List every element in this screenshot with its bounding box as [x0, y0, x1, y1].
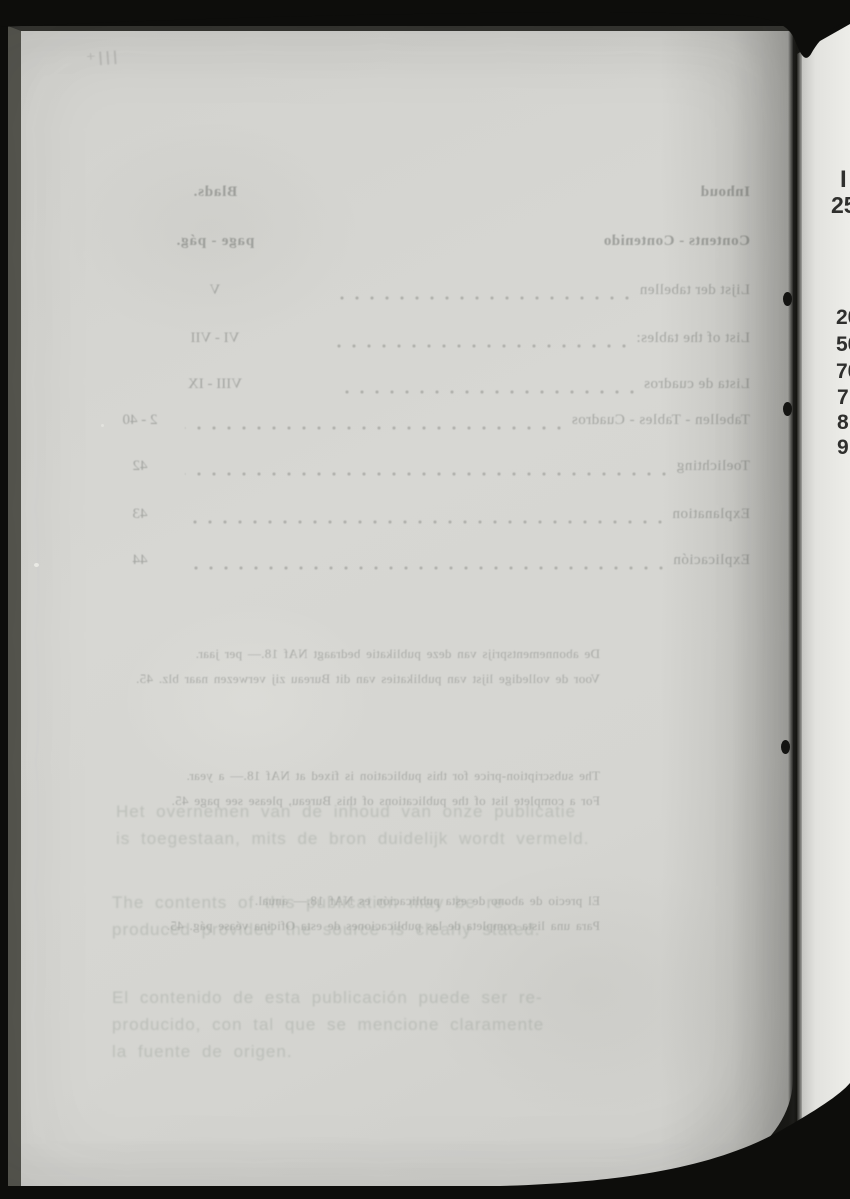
toc-dot-leader — [185, 417, 561, 432]
toc-dot-leader — [185, 463, 666, 478]
stitch-notch — [781, 740, 790, 754]
toc-row: Contents - Contenido page - pág. — [105, 233, 750, 253]
ghost-paragraph-english: The contents of this publication may be … — [112, 889, 541, 943]
toc-dot-leader — [185, 511, 662, 526]
ghost-line: produced provided the source is clearly … — [112, 916, 541, 943]
binding-shadow — [660, 26, 793, 1176]
next-page-number: 9 — [837, 436, 849, 460]
toc-page-ref: 44 — [105, 552, 175, 569]
ghost-line: The contents of this publication may be … — [112, 889, 541, 916]
ghost-line: producido, con tal que se mencione clara… — [112, 1011, 544, 1038]
scanner-light-streak — [104, 0, 138, 13]
next-page-number: I — [840, 166, 847, 194]
showthrough-paragraph-dutch: De abonnementsprijs van deze publikatie … — [170, 641, 600, 691]
ghost-line: is toegestaan, mits de bron duidelijk wo… — [116, 825, 589, 852]
toc-dot-leader — [335, 287, 629, 302]
next-page-number: 8 — [837, 411, 849, 435]
toc-page-ref: VI - VII — [105, 330, 325, 347]
stitch-notch — [783, 402, 792, 416]
ghost-line: El contenido de esta publicación puede s… — [112, 984, 544, 1011]
toc-page-ref: 2 - 40 — [105, 412, 175, 429]
toc-row: Tabellen - Tables - Cuadros 2 - 40 — [105, 412, 750, 432]
scanner-light-streak — [165, 0, 187, 9]
toc-dot-leader — [335, 381, 634, 396]
showthrough-toc: Inhoud Blads. Contents - Contenido page … — [105, 180, 750, 580]
toc-dot-leader — [335, 335, 626, 350]
toc-row: Explicación 44 — [105, 552, 750, 572]
toc-page-ref: Blads. — [105, 184, 325, 201]
toc-page-ref: 43 — [105, 506, 175, 523]
pencil-mark: ⁺III — [85, 47, 120, 72]
toc-row: Inhoud Blads. — [105, 184, 750, 204]
ghost-line: Het overnemen van de inhoud van onze pub… — [116, 798, 589, 825]
paragraph-line: Voor de volledige lijst van publikaties … — [170, 666, 600, 691]
stitch-notch — [783, 292, 792, 306]
scanner-light-streak — [292, 2, 300, 8]
next-page-number: 50 — [836, 333, 850, 357]
toc-row: Toelichting 42 — [105, 458, 750, 478]
toc-row: Lijst der tabellen V — [105, 282, 750, 302]
paragraph-line: De abonnementsprijs van deze publikatie … — [170, 641, 600, 666]
toc-page-ref: 42 — [105, 458, 175, 475]
ghost-paragraph-spanish: El contenido de esta publicación puede s… — [112, 984, 544, 1065]
ghost-paragraph-dutch: Het overnemen van de inhoud van onze pub… — [116, 798, 589, 852]
next-page-number: 70 — [836, 360, 850, 384]
paragraph-line: The subscription-price for this publicat… — [150, 763, 600, 788]
toc-row: Lista de cuadros VIII - IX — [105, 376, 750, 396]
toc-dot-leader — [185, 557, 663, 572]
next-page-number: 7 — [837, 386, 849, 410]
toc-page-ref: page - pág. — [105, 233, 325, 250]
toc-row: Explanation 43 — [105, 506, 750, 526]
page-gutter-line — [788, 18, 802, 1148]
scanner-light-streak — [350, 4, 356, 8]
scanned-book-spread: ⁺III Inhoud Blads. Contents - Contenido … — [0, 0, 850, 1199]
toc-page-ref: VIII - IX — [105, 376, 325, 393]
next-page-number: 25 — [831, 192, 850, 219]
paper-speck — [101, 424, 104, 427]
toc-page-ref: V — [105, 282, 325, 299]
toc-row: List of the tables: VI - VII — [105, 330, 750, 350]
ghost-line: la fuente de origen. — [112, 1038, 544, 1065]
paper-speck — [34, 563, 39, 567]
next-page-number: 20 — [836, 306, 850, 330]
